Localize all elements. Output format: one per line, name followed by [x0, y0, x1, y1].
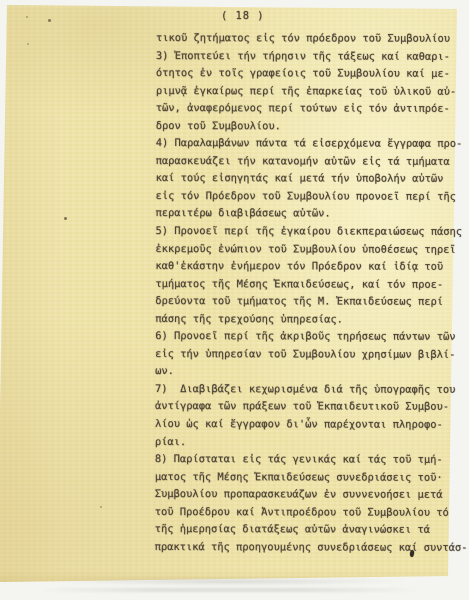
text-line: ότητος ἐν τοῖς γραφείοις τοῦ Συμβουλίου … — [156, 65, 469, 83]
text-line: παρασκευάζει τήν κατανομήν αὐτῶν εἰς τά … — [156, 153, 469, 171]
text-line: τῆς ἡμερησίας διατάξεως αὐτῶν ἀναγινώσκε… — [155, 521, 468, 539]
ink-speck — [100, 506, 102, 508]
text-line: 8) Παρίσταται εἰς τάς γενικάς καί τάς το… — [155, 451, 468, 469]
text-line: δρον τοῦ Συμβουλίου. — [156, 118, 469, 136]
text-line: ἀντίγραφα τῶν πράξεων τοῦ Ἐκπαιδευτικοῦ … — [155, 398, 468, 416]
text-line: εἰς τόν Πρόεδρον τοῦ Συμβουλίου προνοεῖ … — [156, 188, 469, 206]
text-line: καί τούς εἰσηγητάς καί μετά τήν ὑποβολήν… — [156, 170, 469, 188]
text-line: ματος τῆς Μέσης Ἐκπαιδεύσεως συνεδριάσει… — [155, 469, 468, 487]
text-line: τοῦ Προέδρου καί Ἀντιπροέδρου τοῦ Συμβου… — [155, 504, 468, 522]
text-line: 5) Προνοεῖ περί τῆς ἐγκαίρου διεκπεραιώσ… — [155, 223, 468, 241]
ink-speck — [27, 43, 29, 45]
text-line: πρακτικά τῆς προηγουμένης συνεδριάσεως κ… — [155, 539, 468, 557]
text-line: ἐκκρεμοῦς ἐνώπιον τοῦ Συμβουλίου ὑποθέσε… — [155, 241, 468, 259]
text-line: 6) Προνοεῖ περί τῆς ἀκριβοῦς τηρήσεως πά… — [155, 328, 468, 346]
ink-speck — [64, 217, 67, 220]
text-line: ρίαι. — [155, 434, 468, 452]
text-line: πάσης τῆς τρεχούσης ὑπηρεσίας. — [155, 311, 468, 329]
page-number-header: ( 18 ) — [221, 10, 265, 22]
text-line: 7) Διαβιβάζει κεχωρισμένα διά τῆς ὑπογρα… — [155, 381, 468, 399]
ink-speck — [26, 16, 28, 18]
text-line: λίου ὡς καί ἔγγραφον δι'ὧν παρέχονται πλ… — [155, 416, 468, 434]
text-line: 3) Ἐποπτεύει τήν τήρησιν τῆς τάξεως καί … — [156, 48, 469, 66]
text-line: εἰς τήν ὑπηρεσίαν τοῦ Συμβουλίου χρησίμω… — [155, 346, 468, 364]
typewritten-text-layer: ( 18 ) τικοῦ ζητήματος εἰς τόν πρόεδρον … — [0, 0, 469, 600]
text-line: περαιτέρω διαβιβάσεως αὐτῶν. — [155, 205, 468, 223]
scanned-page-background: { "doc": { "page_number_header": "( 18 )… — [0, 0, 469, 600]
text-line: ων. — [155, 363, 468, 381]
ink-speck — [294, 142, 296, 144]
text-line: ριμνᾷ ἐγκαίρως περί τῆς ἐπαρκείας τοῦ ὑλ… — [156, 83, 469, 101]
text-line: καθ'ἑκάστην ἐνήμερον τόν Πρόεδρον καί ἰδ… — [155, 258, 468, 276]
document-body-text: τικοῦ ζητήματος εἰς τόν πρόεδρον τοῦ Συμ… — [155, 30, 469, 557]
text-line: Συμβουλίου προπαρασκευάζων ἐν συννενοήσε… — [155, 486, 468, 504]
text-line: δρεύοντα τοῦ τμήματος τῆς Μ. Ἐκπαιδεύσεω… — [155, 293, 468, 311]
text-line: 4) Παραλαμβάνων πάντα τά εἰσερχόμενα ἔγγ… — [156, 135, 469, 153]
text-line: τῶν, ἀναφερόμενος περί τούτων εἰς τόν ἀν… — [156, 100, 469, 118]
text-line: τικοῦ ζητήματος εἰς τόν πρόεδρον τοῦ Συμ… — [156, 30, 469, 48]
text-line: τμήματος τῆς Μέσης Ἐκπαιδεύσεως, καί τόν… — [155, 276, 468, 294]
ink-speck — [48, 19, 51, 22]
